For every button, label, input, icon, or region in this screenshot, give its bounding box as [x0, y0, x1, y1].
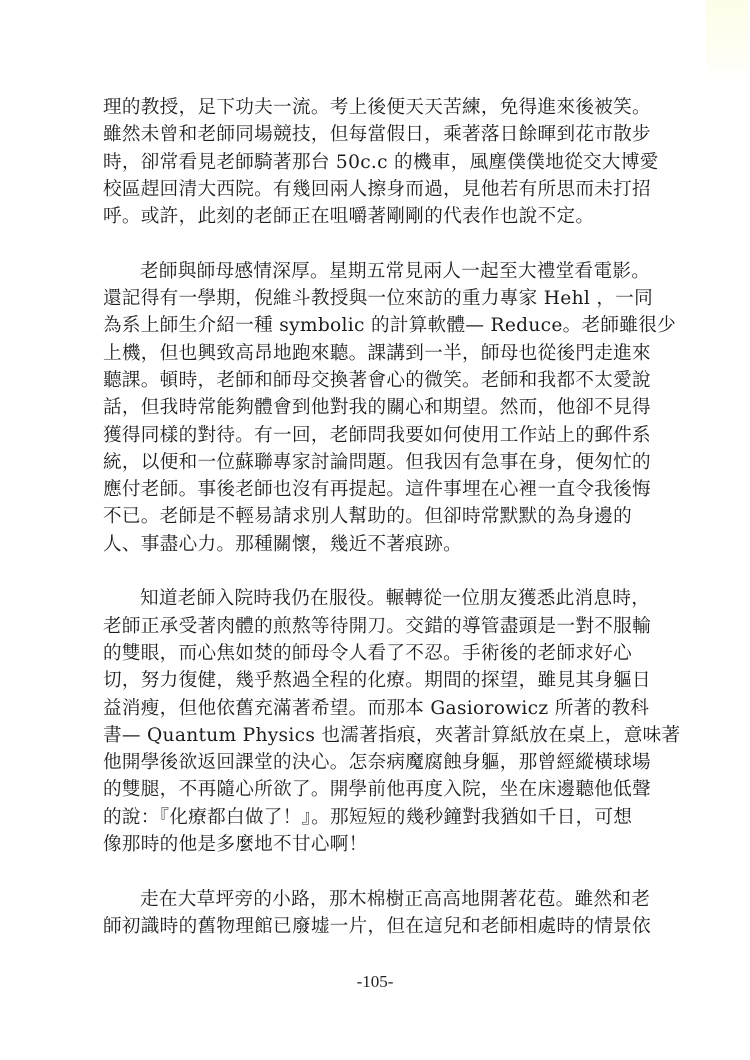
paragraph-spacer: [103, 558, 663, 585]
text-line: 益消瘦，但他依舊充滿著希望。而那本 Gasiorowicz 所著的教科: [103, 695, 663, 722]
text-line: 的雙眼，而心焦如焚的師母令人看了不忍。手術後的老師求好心: [103, 640, 663, 667]
text-line-first: 知道老師入院時我仍在服役。輾轉從一位朋友獲悉此消息時，: [103, 585, 663, 612]
text-line: 的說：『化療都白做了！』。那短短的幾秒鐘對我猶如千日，可想: [103, 804, 663, 831]
paragraph-spacer: [103, 230, 663, 257]
text-line: 師初識時的舊物理館已廢墟一片，但在這兒和老師相處時的情景依: [103, 913, 663, 940]
text-line: 為系上師生介紹一種 symbolic 的計算軟體— Reduce。老師雖很少: [103, 312, 663, 339]
paragraph-4: 走在大草坪旁的小路，那木棉樹正高高地開著花苞。雖然和老 師初識時的舊物理館已廢墟…: [103, 886, 663, 941]
text-line: 時，卻常看見老師騎著那台 50c.c 的機車，風塵僕僕地從交大博愛: [103, 149, 663, 176]
text-line: 上機，但也興致高昂地跑來聽。課講到一半，師母也從後門走進來: [103, 340, 663, 367]
text-line: 話，但我時常能夠體會到他對我的關心和期望。然而，他卻不見得: [103, 394, 663, 421]
text-line: 不已。老師是不輕易請求別人幫助的。但卻時常默默的為身邊的: [103, 503, 663, 530]
text-line: 還記得有一學期，倪維斗教授與一位來訪的重力專家 Hehl ，一同: [103, 285, 663, 312]
text-line: 書— Quantum Physics 也濡著指痕，夾著計算紙放在桌上，意味著: [103, 722, 663, 749]
text-line: 統，以便和一位蘇聯專家討論問題。但我因有急事在身，便匆忙的: [103, 449, 663, 476]
text-line: 像那時的他是多麼地不甘心啊！: [103, 831, 663, 858]
text-line: 聽課。頓時，老師和師母交換著會心的微笑。老師和我都不太愛說: [103, 367, 663, 394]
text-line: 人、事盡心力。那種關懷，幾近不著痕跡。: [103, 531, 663, 558]
text-line-first: 走在大草坪旁的小路，那木棉樹正高高地開著花苞。雖然和老: [103, 886, 663, 913]
body-text: 理的教授，足下功夫一流。考上後便天天苦練，免得進來後被笑。 雖然未曾和老師同場競…: [103, 94, 663, 940]
text-line: 他開學後欲返回課堂的決心。怎奈病魔腐蝕身軀，那曾經縱橫球場: [103, 749, 663, 776]
text-line: 切，努力復健，幾乎熬過全程的化療。期間的探望，雖見其身軀日: [103, 667, 663, 694]
text-line-first: 老師與師母感情深厚。星期五常見兩人一起至大禮堂看電影。: [103, 258, 663, 285]
text-line: 理的教授，足下功夫一流。考上後便天天苦練，免得進來後被笑。: [103, 94, 663, 121]
text-line: 校區趕回清大西院。有幾回兩人擦身而過，見他若有所思而未打招: [103, 176, 663, 203]
scan-tint-mark: [706, 0, 748, 80]
page-number: -105-: [0, 972, 750, 992]
text-line: 應付老師。事後老師也沒有再提起。這件事埋在心裡一直令我後悔: [103, 476, 663, 503]
text-line: 呼。或許，此刻的老師正在咀嚼著剛剛的代表作也說不定。: [103, 203, 663, 230]
paragraph-3: 知道老師入院時我仍在服役。輾轉從一位朋友獲悉此消息時， 老師正承受著肉體的煎熬等…: [103, 585, 663, 858]
text-line: 的雙腿，不再隨心所欲了。開學前他再度入院，坐在床邊聽他低聲: [103, 776, 663, 803]
text-line: 雖然未曾和老師同場競技，但每當假日，乘著落日餘暉到花市散步: [103, 121, 663, 148]
paragraph-1: 理的教授，足下功夫一流。考上後便天天苦練，免得進來後被笑。 雖然未曾和老師同場競…: [103, 94, 663, 230]
text-line: 獲得同樣的對待。有一回，老師問我要如何使用工作站上的郵件系: [103, 422, 663, 449]
paragraph-spacer: [103, 858, 663, 885]
paragraph-2: 老師與師母感情深厚。星期五常見兩人一起至大禮堂看電影。 還記得有一學期，倪維斗教…: [103, 258, 663, 558]
document-page: 理的教授，足下功夫一流。考上後便天天苦練，免得進來後被笑。 雖然未曾和老師同場競…: [0, 0, 750, 1060]
text-line: 老師正承受著肉體的煎熬等待開刀。交錯的導管盡頭是一對不服輸: [103, 613, 663, 640]
